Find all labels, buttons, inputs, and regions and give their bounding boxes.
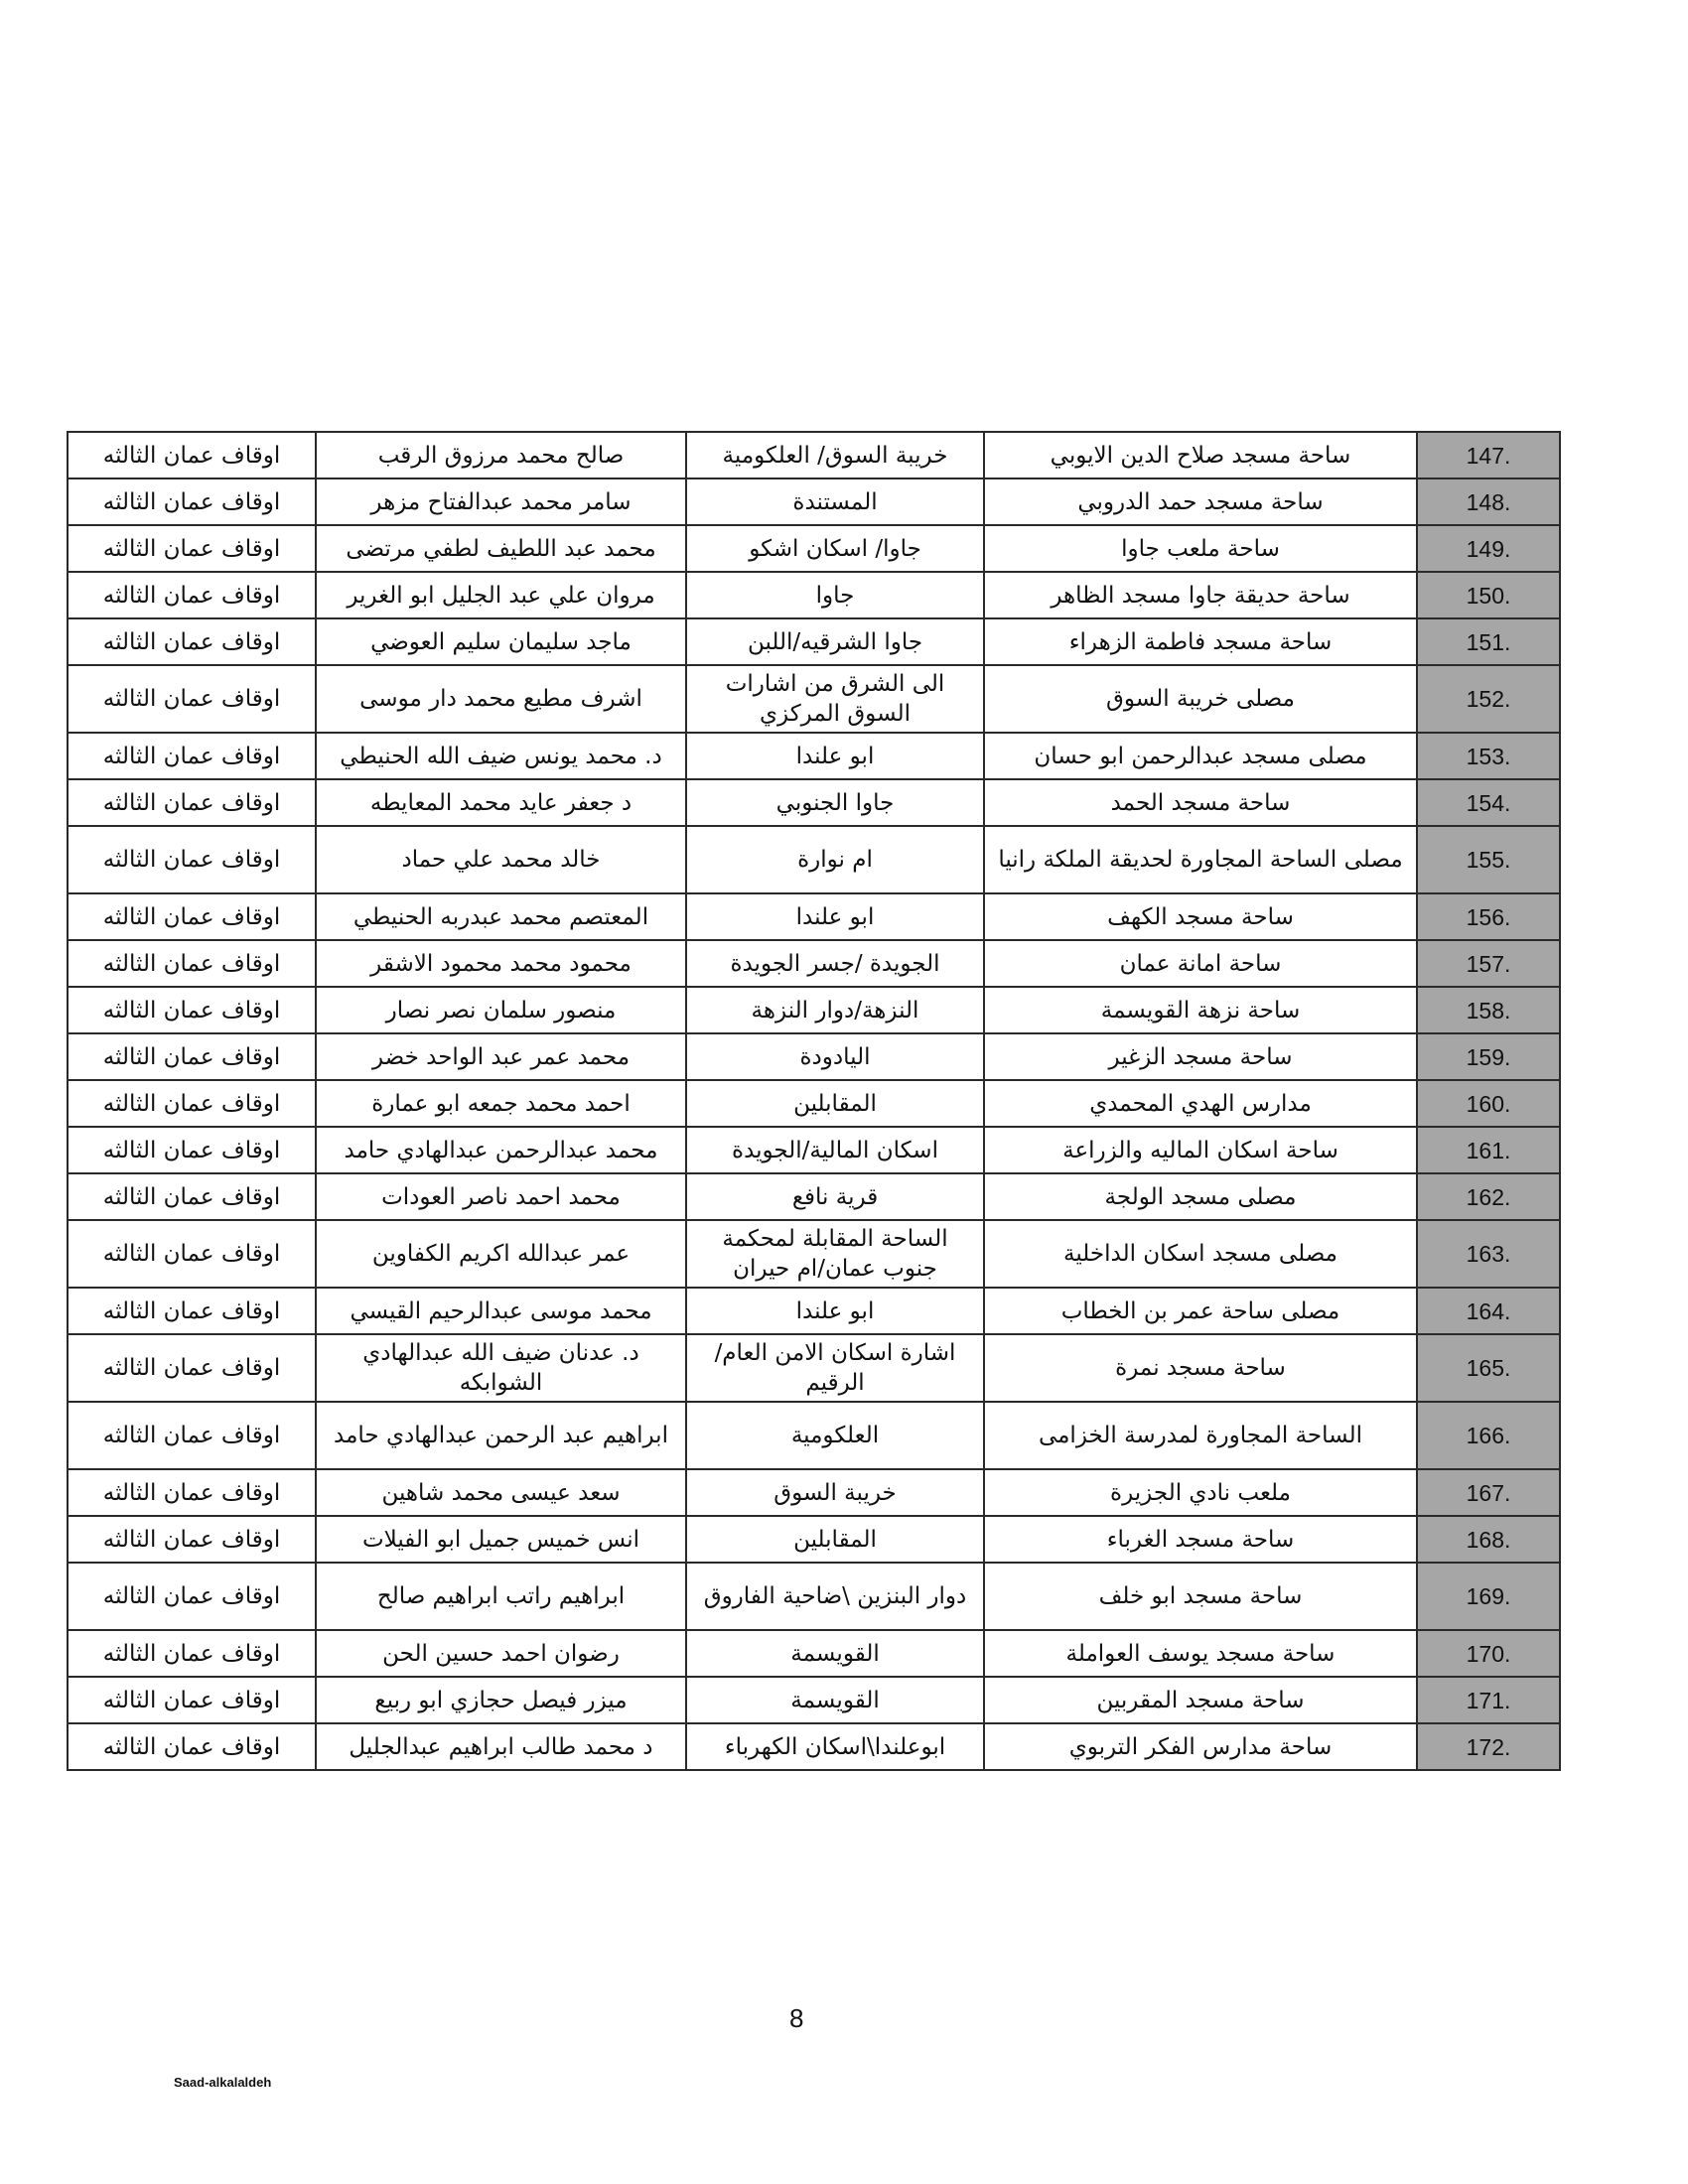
area-cell: العلكومية bbox=[686, 1402, 984, 1469]
prayer-site-cell: ساحة مسجد فاطمة الزهراء bbox=[984, 618, 1417, 665]
supervisor-name-cell: المعتصم محمد عبدربه الحنيطي bbox=[316, 893, 686, 940]
supervisor-name-cell: محمد احمد ناصر العودات bbox=[316, 1173, 686, 1220]
area-cell: خريبة السوق/ العلكومية bbox=[686, 432, 984, 478]
row-number-cell: 154. bbox=[1417, 779, 1560, 826]
row-number-cell: 161. bbox=[1417, 1127, 1560, 1173]
table-row: اوقاف عمان الثالثهمحمد عبد اللطيف لطفي م… bbox=[68, 525, 1560, 572]
table-row: اوقاف عمان الثالثهماجد سليمان سليم العوض… bbox=[68, 618, 1560, 665]
table-row: اوقاف عمان الثالثهمحمود محمد محمود الاشق… bbox=[68, 940, 1560, 987]
supervisor-name-cell: عمر عبدالله اكريم الكفاوين bbox=[316, 1220, 686, 1288]
table-row: اوقاف عمان الثالثهانس خميس جميل ابو الفي… bbox=[68, 1516, 1560, 1563]
row-number-cell: 169. bbox=[1417, 1563, 1560, 1630]
table-row: اوقاف عمان الثالثهمحمد عبدالرحمن عبدالها… bbox=[68, 1127, 1560, 1173]
prayer-site-cell: ساحة نزهة القويسمة bbox=[984, 987, 1417, 1033]
department-cell: اوقاف عمان الثالثه bbox=[68, 665, 316, 733]
table-row: اوقاف عمان الثالثهمحمد موسى عبدالرحيم ال… bbox=[68, 1288, 1560, 1334]
footer-author: Saad-alkalaldeh bbox=[174, 2075, 271, 2090]
area-cell: الجويدة /جسر الجويدة bbox=[686, 940, 984, 987]
prayer-site-cell: ساحة مسجد الكهف bbox=[984, 893, 1417, 940]
supervisor-name-cell: منصور سلمان نصر نصار bbox=[316, 987, 686, 1033]
area-cell: الى الشرق من اشارات السوق المركزي bbox=[686, 665, 984, 733]
row-number-cell: 152. bbox=[1417, 665, 1560, 733]
department-cell: اوقاف عمان الثالثه bbox=[68, 1516, 316, 1563]
prayer-site-cell: ملعب نادي الجزيرة bbox=[984, 1469, 1417, 1516]
table-row: اوقاف عمان الثالثهخالد محمد علي حمادام ن… bbox=[68, 826, 1560, 893]
department-cell: اوقاف عمان الثالثه bbox=[68, 1469, 316, 1516]
supervisor-name-cell: احمد محمد جمعه ابو عمارة bbox=[316, 1080, 686, 1127]
table-body: اوقاف عمان الثالثهصالح محمد مرزوق الرقبخ… bbox=[68, 432, 1560, 1770]
area-cell: المقابلين bbox=[686, 1080, 984, 1127]
department-cell: اوقاف عمان الثالثه bbox=[68, 1080, 316, 1127]
area-cell: ابوعلندا\اسكان الكهرباء bbox=[686, 1723, 984, 1770]
supervisor-name-cell: رضوان احمد حسين الحن bbox=[316, 1630, 686, 1677]
table-row: اوقاف عمان الثالثهاشرف مطيع محمد دار موس… bbox=[68, 665, 1560, 733]
table-row: اوقاف عمان الثالثهالمعتصم محمد عبدربه ال… bbox=[68, 893, 1560, 940]
department-cell: اوقاف عمان الثالثه bbox=[68, 572, 316, 618]
department-cell: اوقاف عمان الثالثه bbox=[68, 1173, 316, 1220]
row-number-cell: 168. bbox=[1417, 1516, 1560, 1563]
table-row: اوقاف عمان الثالثهمنصور سلمان نصر نصارال… bbox=[68, 987, 1560, 1033]
table-row: اوقاف عمان الثالثهميزر فيصل حجازي ابو رب… bbox=[68, 1677, 1560, 1723]
department-cell: اوقاف عمان الثالثه bbox=[68, 618, 316, 665]
area-cell: قرية نافع bbox=[686, 1173, 984, 1220]
area-cell: ام نوارة bbox=[686, 826, 984, 893]
row-number-cell: 163. bbox=[1417, 1220, 1560, 1288]
supervisor-name-cell: صالح محمد مرزوق الرقب bbox=[316, 432, 686, 478]
supervisor-name-cell: د محمد طالب ابراهيم عبدالجليل bbox=[316, 1723, 686, 1770]
prayer-site-cell: ساحة اسكان الماليه والزراعة bbox=[984, 1127, 1417, 1173]
prayer-site-cell: ساحة مسجد صلاح الدين الايوبي bbox=[984, 432, 1417, 478]
table-row: اوقاف عمان الثالثهمحمد عمر عبد الواحد خض… bbox=[68, 1033, 1560, 1080]
department-cell: اوقاف عمان الثالثه bbox=[68, 779, 316, 826]
row-number-cell: 164. bbox=[1417, 1288, 1560, 1334]
department-cell: اوقاف عمان الثالثه bbox=[68, 1723, 316, 1770]
department-cell: اوقاف عمان الثالثه bbox=[68, 1220, 316, 1288]
department-cell: اوقاف عمان الثالثه bbox=[68, 1033, 316, 1080]
area-cell: ابو علندا bbox=[686, 1288, 984, 1334]
department-cell: اوقاف عمان الثالثه bbox=[68, 1630, 316, 1677]
table-row: اوقاف عمان الثالثهمروان علي عبد الجليل ا… bbox=[68, 572, 1560, 618]
prayer-site-cell: ساحة مسجد ابو خلف bbox=[984, 1563, 1417, 1630]
area-cell: المقابلين bbox=[686, 1516, 984, 1563]
table-row: اوقاف عمان الثالثهابراهيم راتب ابراهيم ص… bbox=[68, 1563, 1560, 1630]
prayer-site-cell: ساحة امانة عمان bbox=[984, 940, 1417, 987]
supervisor-name-cell: د. عدنان ضيف الله عبدالهادي الشوابكه bbox=[316, 1334, 686, 1402]
prayer-site-cell: مصلى ساحة عمر بن الخطاب bbox=[984, 1288, 1417, 1334]
department-cell: اوقاف عمان الثالثه bbox=[68, 1288, 316, 1334]
row-number-cell: 159. bbox=[1417, 1033, 1560, 1080]
prayer-site-cell: ساحة مدارس الفكر التربوي bbox=[984, 1723, 1417, 1770]
row-number-cell: 156. bbox=[1417, 893, 1560, 940]
area-cell: ابو علندا bbox=[686, 733, 984, 779]
table-row: اوقاف عمان الثالثهسعد عيسى محمد شاهينخري… bbox=[68, 1469, 1560, 1516]
area-cell: الساحة المقابلة لمحكمة جنوب عمان/ام حيرا… bbox=[686, 1220, 984, 1288]
supervisor-name-cell: محمد عبدالرحمن عبدالهادي حامد bbox=[316, 1127, 686, 1173]
supervisor-name-cell: محمد عمر عبد الواحد خضر bbox=[316, 1033, 686, 1080]
department-cell: اوقاف عمان الثالثه bbox=[68, 893, 316, 940]
prayer-sites-table: اوقاف عمان الثالثهصالح محمد مرزوق الرقبخ… bbox=[67, 431, 1561, 1771]
prayer-site-cell: مصلى الساحة المجاورة لحديقة الملكة رانيا bbox=[984, 826, 1417, 893]
area-cell: اسكان المالية/الجويدة bbox=[686, 1127, 984, 1173]
supervisor-name-cell: محمد عبد اللطيف لطفي مرتضى bbox=[316, 525, 686, 572]
area-cell: المستندة bbox=[686, 478, 984, 525]
department-cell: اوقاف عمان الثالثه bbox=[68, 1677, 316, 1723]
row-number-cell: 167. bbox=[1417, 1469, 1560, 1516]
row-number-cell: 153. bbox=[1417, 733, 1560, 779]
supervisor-name-cell: ميزر فيصل حجازي ابو ربيع bbox=[316, 1677, 686, 1723]
department-cell: اوقاف عمان الثالثه bbox=[68, 733, 316, 779]
prayer-site-cell: ساحة مسجد يوسف العواملة bbox=[984, 1630, 1417, 1677]
row-number-cell: 160. bbox=[1417, 1080, 1560, 1127]
prayer-site-cell: ساحة مسجد حمد الدروبي bbox=[984, 478, 1417, 525]
table-row: اوقاف عمان الثالثهاحمد محمد جمعه ابو عما… bbox=[68, 1080, 1560, 1127]
area-cell: اشارة اسكان الامن العام/ الرقيم bbox=[686, 1334, 984, 1402]
prayer-site-cell: مصلى مسجد عبدالرحمن ابو حسان bbox=[984, 733, 1417, 779]
prayer-site-cell: مصلى مسجد اسكان الداخلية bbox=[984, 1220, 1417, 1288]
row-number-cell: 157. bbox=[1417, 940, 1560, 987]
area-cell: جاوا bbox=[686, 572, 984, 618]
row-number-cell: 155. bbox=[1417, 826, 1560, 893]
table-row: اوقاف عمان الثالثهد جعفر عايد محمد المعا… bbox=[68, 779, 1560, 826]
prayer-site-cell: ساحة مسجد الغرباء bbox=[984, 1516, 1417, 1563]
table-row: اوقاف عمان الثالثهد محمد طالب ابراهيم عب… bbox=[68, 1723, 1560, 1770]
row-number-cell: 147. bbox=[1417, 432, 1560, 478]
row-number-cell: 165. bbox=[1417, 1334, 1560, 1402]
supervisor-name-cell: ابراهيم عبد الرحمن عبدالهادي حامد bbox=[316, 1402, 686, 1469]
table-row: اوقاف عمان الثالثهمحمد احمد ناصر العودات… bbox=[68, 1173, 1560, 1220]
area-cell: دوار البنزين \ضاحية الفاروق bbox=[686, 1563, 984, 1630]
supervisor-name-cell: خالد محمد علي حماد bbox=[316, 826, 686, 893]
row-number-cell: 158. bbox=[1417, 987, 1560, 1033]
area-cell: اليادودة bbox=[686, 1033, 984, 1080]
department-cell: اوقاف عمان الثالثه bbox=[68, 525, 316, 572]
prayer-site-cell: ساحة مسجد المقربين bbox=[984, 1677, 1417, 1723]
table-row: اوقاف عمان الثالثهرضوان احمد حسين الحنال… bbox=[68, 1630, 1560, 1677]
page-number: 8 bbox=[789, 2003, 803, 2034]
area-cell: ابو علندا bbox=[686, 893, 984, 940]
area-cell: القويسمة bbox=[686, 1630, 984, 1677]
table-row: اوقاف عمان الثالثهسامر محمد عبدالفتاح مز… bbox=[68, 478, 1560, 525]
department-cell: اوقاف عمان الثالثه bbox=[68, 1563, 316, 1630]
department-cell: اوقاف عمان الثالثه bbox=[68, 1127, 316, 1173]
document-page: اوقاف عمان الثالثهصالح محمد مرزوق الرقبخ… bbox=[0, 0, 1688, 2184]
prayer-site-cell: ساحة مسجد الحمد bbox=[984, 779, 1417, 826]
area-cell: خريبة السوق bbox=[686, 1469, 984, 1516]
area-cell: القويسمة bbox=[686, 1677, 984, 1723]
area-cell: جاوا/ اسكان اشكو bbox=[686, 525, 984, 572]
supervisor-name-cell: د جعفر عايد محمد المعايطه bbox=[316, 779, 686, 826]
department-cell: اوقاف عمان الثالثه bbox=[68, 1402, 316, 1469]
supervisor-name-cell: مروان علي عبد الجليل ابو الغرير bbox=[316, 572, 686, 618]
prayer-site-cell: ساحة مسجد الزغير bbox=[984, 1033, 1417, 1080]
row-number-cell: 150. bbox=[1417, 572, 1560, 618]
department-cell: اوقاف عمان الثالثه bbox=[68, 826, 316, 893]
area-cell: جاوا الشرقيه/اللبن bbox=[686, 618, 984, 665]
row-number-cell: 170. bbox=[1417, 1630, 1560, 1677]
table-row: اوقاف عمان الثالثهعمر عبدالله اكريم الكف… bbox=[68, 1220, 1560, 1288]
department-cell: اوقاف عمان الثالثه bbox=[68, 987, 316, 1033]
supervisor-name-cell: سامر محمد عبدالفتاح مزهر bbox=[316, 478, 686, 525]
prayer-site-cell: مدارس الهدي المحمدي bbox=[984, 1080, 1417, 1127]
prayer-site-cell: ساحة ملعب جاوا bbox=[984, 525, 1417, 572]
prayer-site-cell: مصلى مسجد الولجة bbox=[984, 1173, 1417, 1220]
prayer-site-cell: ساحة حديقة جاوا مسجد الظاهر bbox=[984, 572, 1417, 618]
supervisor-name-cell: د. محمد يونس ضيف الله الحنيطي bbox=[316, 733, 686, 779]
row-number-cell: 171. bbox=[1417, 1677, 1560, 1723]
supervisor-name-cell: محمود محمد محمود الاشقر bbox=[316, 940, 686, 987]
row-number-cell: 166. bbox=[1417, 1402, 1560, 1469]
row-number-cell: 151. bbox=[1417, 618, 1560, 665]
department-cell: اوقاف عمان الثالثه bbox=[68, 940, 316, 987]
prayer-site-cell: مصلى خريبة السوق bbox=[984, 665, 1417, 733]
row-number-cell: 148. bbox=[1417, 478, 1560, 525]
table-row: اوقاف عمان الثالثهابراهيم عبد الرحمن عبد… bbox=[68, 1402, 1560, 1469]
area-cell: النزهة/دوار النزهة bbox=[686, 987, 984, 1033]
supervisor-name-cell: ابراهيم راتب ابراهيم صالح bbox=[316, 1563, 686, 1630]
department-cell: اوقاف عمان الثالثه bbox=[68, 478, 316, 525]
row-number-cell: 172. bbox=[1417, 1723, 1560, 1770]
table-row: اوقاف عمان الثالثهد. عدنان ضيف الله عبدا… bbox=[68, 1334, 1560, 1402]
prayer-site-cell: ساحة مسجد نمرة bbox=[984, 1334, 1417, 1402]
supervisor-name-cell: ماجد سليمان سليم العوضي bbox=[316, 618, 686, 665]
supervisor-name-cell: اشرف مطيع محمد دار موسى bbox=[316, 665, 686, 733]
supervisor-name-cell: سعد عيسى محمد شاهين bbox=[316, 1469, 686, 1516]
supervisor-name-cell: محمد موسى عبدالرحيم القيسي bbox=[316, 1288, 686, 1334]
row-number-cell: 162. bbox=[1417, 1173, 1560, 1220]
table-row: اوقاف عمان الثالثهصالح محمد مرزوق الرقبخ… bbox=[68, 432, 1560, 478]
supervisor-name-cell: انس خميس جميل ابو الفيلات bbox=[316, 1516, 686, 1563]
row-number-cell: 149. bbox=[1417, 525, 1560, 572]
table-row: اوقاف عمان الثالثهد. محمد يونس ضيف الله … bbox=[68, 733, 1560, 779]
prayer-site-cell: الساحة المجاورة لمدرسة الخزامى bbox=[984, 1402, 1417, 1469]
department-cell: اوقاف عمان الثالثه bbox=[68, 1334, 316, 1402]
area-cell: جاوا الجنوبي bbox=[686, 779, 984, 826]
department-cell: اوقاف عمان الثالثه bbox=[68, 432, 316, 478]
